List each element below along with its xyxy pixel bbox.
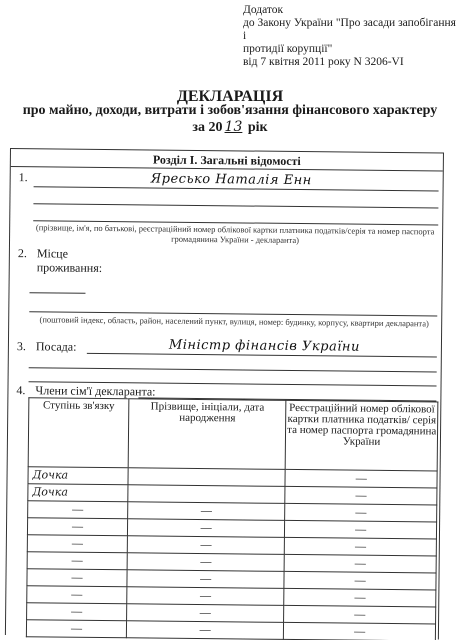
cell-name: [128, 485, 286, 504]
cell-tax-id: —: [285, 537, 437, 556]
item-2-line-1: [29, 292, 85, 294]
cell-name: —: [126, 621, 284, 640]
position-handwritten: Міністр фінансів України: [169, 338, 360, 355]
item-3-line-2: [29, 367, 437, 372]
document-year: за 2013 рік: [0, 119, 460, 136]
cell-tax-id: —: [285, 469, 437, 488]
cell-relationship: Дочка: [28, 467, 128, 485]
cell-relationship: —: [27, 603, 127, 621]
appendix-line-3: протидії корупції": [243, 43, 460, 56]
cell-tax-id: —: [285, 503, 437, 522]
appendix-reference: Додаток до Закону України "Про засади за…: [243, 4, 460, 69]
cell-tax-id: —: [285, 520, 437, 539]
cell-relationship: —: [27, 552, 127, 570]
appendix-line-1: Додаток: [243, 4, 460, 17]
cell-tax-id: —: [284, 588, 436, 607]
cell-name: —: [127, 519, 285, 538]
section-1-frame: Розділ I. Загальні відомості 1. Яресько …: [5, 148, 444, 640]
cell-name: [128, 468, 286, 487]
cell-name: —: [127, 570, 285, 589]
table-header-row: Ступінь зв'язку Прізвище, ініціали, дата…: [28, 398, 438, 471]
document-subtitle: про майно, доходи, витрати і зобов'язанн…: [0, 103, 460, 119]
appendix-line-4: від 7 квітня 2011 року N 3206-VI: [243, 56, 460, 69]
cell-name: —: [127, 536, 285, 555]
appendix-line-2: до Закону України "Про засади запобіганн…: [243, 17, 460, 43]
item-2-label-2: проживання:: [37, 260, 103, 276]
year-handwritten: 13: [223, 119, 245, 135]
item-3-label: Посада:: [36, 339, 77, 354]
cell-relationship: —: [28, 501, 128, 519]
family-members-table: Ступінь зв'язку Прізвище, ініціали, дата…: [26, 397, 438, 640]
item-1-caption: (прізвище, ім'я, по батькові, реєстрацій…: [30, 222, 440, 246]
section-1-heading: Розділ I. Загальні відомості: [11, 149, 443, 172]
item-3-number: 3.: [17, 339, 26, 354]
cell-tax-id: —: [284, 571, 436, 590]
cell-tax-id: —: [284, 605, 436, 624]
cell-relationship: —: [27, 569, 127, 587]
cell-relationship: —: [27, 518, 127, 536]
header-relationship: Ступінь зв'язку: [28, 398, 129, 468]
cell-name: —: [127, 587, 285, 606]
item-1-number: 1.: [19, 170, 28, 185]
item-4-number: 4.: [16, 383, 25, 398]
item-2-number: 2.: [18, 246, 27, 261]
header-tax-id-passport: Реєстраційний номер облікової картки пла…: [286, 400, 438, 471]
cell-tax-id: —: [284, 622, 436, 640]
cell-name: —: [127, 604, 285, 623]
year-prefix: за 20: [192, 120, 222, 135]
cell-tax-id: —: [285, 486, 437, 505]
cell-relationship: —: [27, 535, 127, 553]
cell-tax-id: —: [284, 554, 436, 573]
item-2-label-1: Місце: [37, 246, 68, 261]
item-1-line-2: [33, 203, 438, 208]
header-name-birthdate: Прізвище, ініціали, дата народження: [128, 399, 286, 470]
cell-relationship: Дочка: [28, 484, 128, 502]
cell-name: —: [128, 502, 286, 521]
year-suffix: рік: [248, 120, 268, 135]
declarant-name-handwritten: Яресько Наталія Енн: [151, 171, 312, 188]
cell-relationship: —: [26, 620, 126, 638]
item-2-caption: (поштовий індекс, область, район, населе…: [29, 314, 439, 328]
cell-name: —: [127, 553, 285, 572]
cell-relationship: —: [27, 586, 127, 604]
table-row: — — —: [26, 620, 435, 640]
